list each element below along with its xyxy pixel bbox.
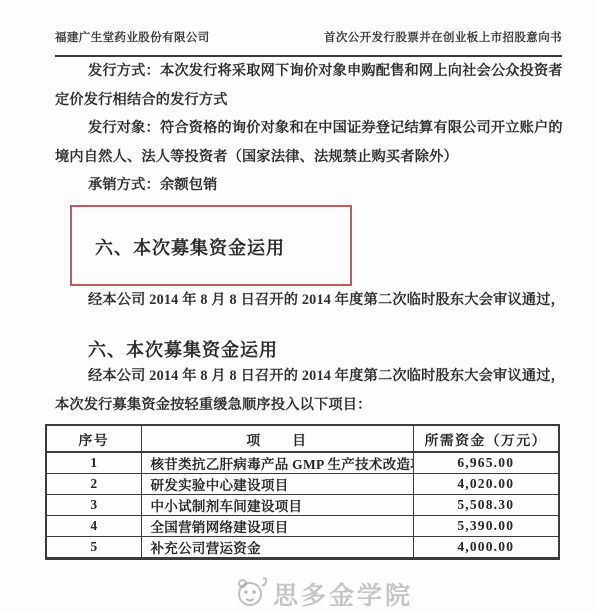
- header-company-name: 福建广生堂药业股份有限公司: [55, 29, 210, 45]
- issue-method-line1: 发行方式：本次发行将采取网下询价对象申购配售和网上向社会公众投资者: [55, 57, 560, 86]
- watermark-logo-icon: [236, 573, 270, 612]
- header-document-title: 首次公开发行股票并在创业板上市招股意向书: [324, 29, 562, 45]
- issue-method-text1: 本次发行将采取网下询价对象申购配售和网上向社会公众投资者: [160, 63, 563, 79]
- approval-line: 经本公司 2014 年 8 月 8 日召开的 2014 年度第二次临时股东大会审…: [55, 286, 560, 315]
- table-row: 5 补充公司营运资金 4,000.00: [46, 537, 559, 559]
- paragraph-issue-method: 发行方式：本次发行将采取网下询价对象申购配售和网上向社会公众投资者 定价发行相结…: [55, 57, 560, 114]
- issue-target-line2: 境内自然人、法人等投资者（国家法律、法规禁止购买者除外）: [55, 143, 560, 172]
- column-header-amount: 所需资金（万元）: [413, 425, 559, 452]
- body-text-bottom: 经本公司 2014 年 8 月 8 日召开的 2014 年度第二次临时股东大会审…: [0, 286, 596, 420]
- table-row: 4 全国营销网络建设项目 5,390.00: [46, 516, 559, 537]
- watermark: 思多金学院: [236, 573, 413, 612]
- table-cell-seq: 5: [46, 537, 141, 559]
- column-header-seq: 序号: [46, 425, 141, 452]
- highlight-box: 六、本次募集资金运用: [70, 205, 352, 286]
- table-row: 2 研发实验中心建设项目 4,020.00: [46, 474, 559, 495]
- table-cell-project: 中小试制剂车间建设项目: [141, 495, 413, 516]
- body-text-top: 发行方式：本次发行将采取网下询价对象申购配售和网上向社会公众投资者 定价发行相结…: [0, 57, 596, 200]
- section-heading-repeated: 六、本次募集资金运用: [88, 338, 560, 362]
- invest-line: 本次发行募集资金按轻重缓急顺序投入以下项目：: [55, 391, 560, 420]
- table-cell-seq: 4: [46, 516, 141, 537]
- underwriting-line: 承销方式：余额包销: [55, 171, 560, 200]
- table-cell-amount: 6,965.00: [413, 452, 559, 474]
- underwriting-label: 承销方式：: [88, 177, 160, 193]
- paragraph-approval: 经本公司 2014 年 8 月 8 日召开的 2014 年度第二次临时股东大会审…: [55, 286, 560, 315]
- paragraph-approval-invest: 经本公司 2014 年 8 月 8 日召开的 2014 年度第二次临时股东大会审…: [55, 362, 560, 419]
- paragraph-issue-target: 发行对象：符合资格的询价对象和在中国证券登记结算有限公司开立账户的 境内自然人、…: [55, 114, 560, 171]
- table-cell-amount: 4,000.00: [413, 537, 559, 559]
- issue-target-label: 发行对象：: [88, 120, 160, 136]
- table-cell-project: 补充公司营运资金: [141, 537, 413, 559]
- table-row: 1 核苷类抗乙肝病毒产品 GMP 生产技术改造项目 6,965.00: [46, 452, 559, 474]
- approval-line-repeated: 经本公司 2014 年 8 月 8 日召开的 2014 年度第二次临时股东大会审…: [55, 362, 560, 391]
- table-cell-project: 核苷类抗乙肝病毒产品 GMP 生产技术改造项目: [141, 452, 413, 474]
- boxed-section-heading: 六、本次募集资金运用: [72, 207, 350, 259]
- funds-usage-table: 序号 项 目 所需资金（万元） 1 核苷类抗乙肝病毒产品 GMP 生产技术改造项…: [45, 424, 560, 560]
- table-cell-seq: 3: [46, 495, 141, 516]
- paragraph-underwriting: 承销方式：余额包销: [55, 171, 560, 200]
- issue-target-text1: 符合资格的询价对象和在中国证券登记结算有限公司开立账户的: [160, 120, 563, 136]
- table-cell-seq: 1: [46, 452, 141, 474]
- table-cell-amount: 4,020.00: [413, 474, 559, 495]
- page-header: 福建广生堂药业股份有限公司 首次公开发行股票并在创业板上市招股意向书: [0, 0, 596, 45]
- table-cell-amount: 5,390.00: [413, 516, 559, 537]
- document-page: { "header": { "left": "福建广生堂药业股份有限公司", "…: [0, 0, 596, 612]
- column-header-project: 项 目: [141, 425, 413, 452]
- table-cell-project: 研发实验中心建设项目: [141, 474, 413, 495]
- issue-method-label: 发行方式：: [88, 63, 160, 79]
- watermark-text: 思多金学院: [273, 576, 413, 612]
- underwriting-text: 余额包销: [160, 177, 218, 193]
- table-cell-project: 全国营销网络建设项目: [141, 516, 413, 537]
- table-cell-seq: 2: [46, 474, 141, 495]
- table-row: 3 中小试制剂车间建设项目 5,508.30: [46, 495, 559, 516]
- issue-method-line2: 定价发行相结合的发行方式: [55, 86, 560, 115]
- table-cell-amount: 5,508.30: [413, 495, 559, 516]
- issue-target-line1: 发行对象：符合资格的询价对象和在中国证券登记结算有限公司开立账户的: [55, 114, 560, 143]
- table-header-row: 序号 项 目 所需资金（万元）: [46, 425, 559, 452]
